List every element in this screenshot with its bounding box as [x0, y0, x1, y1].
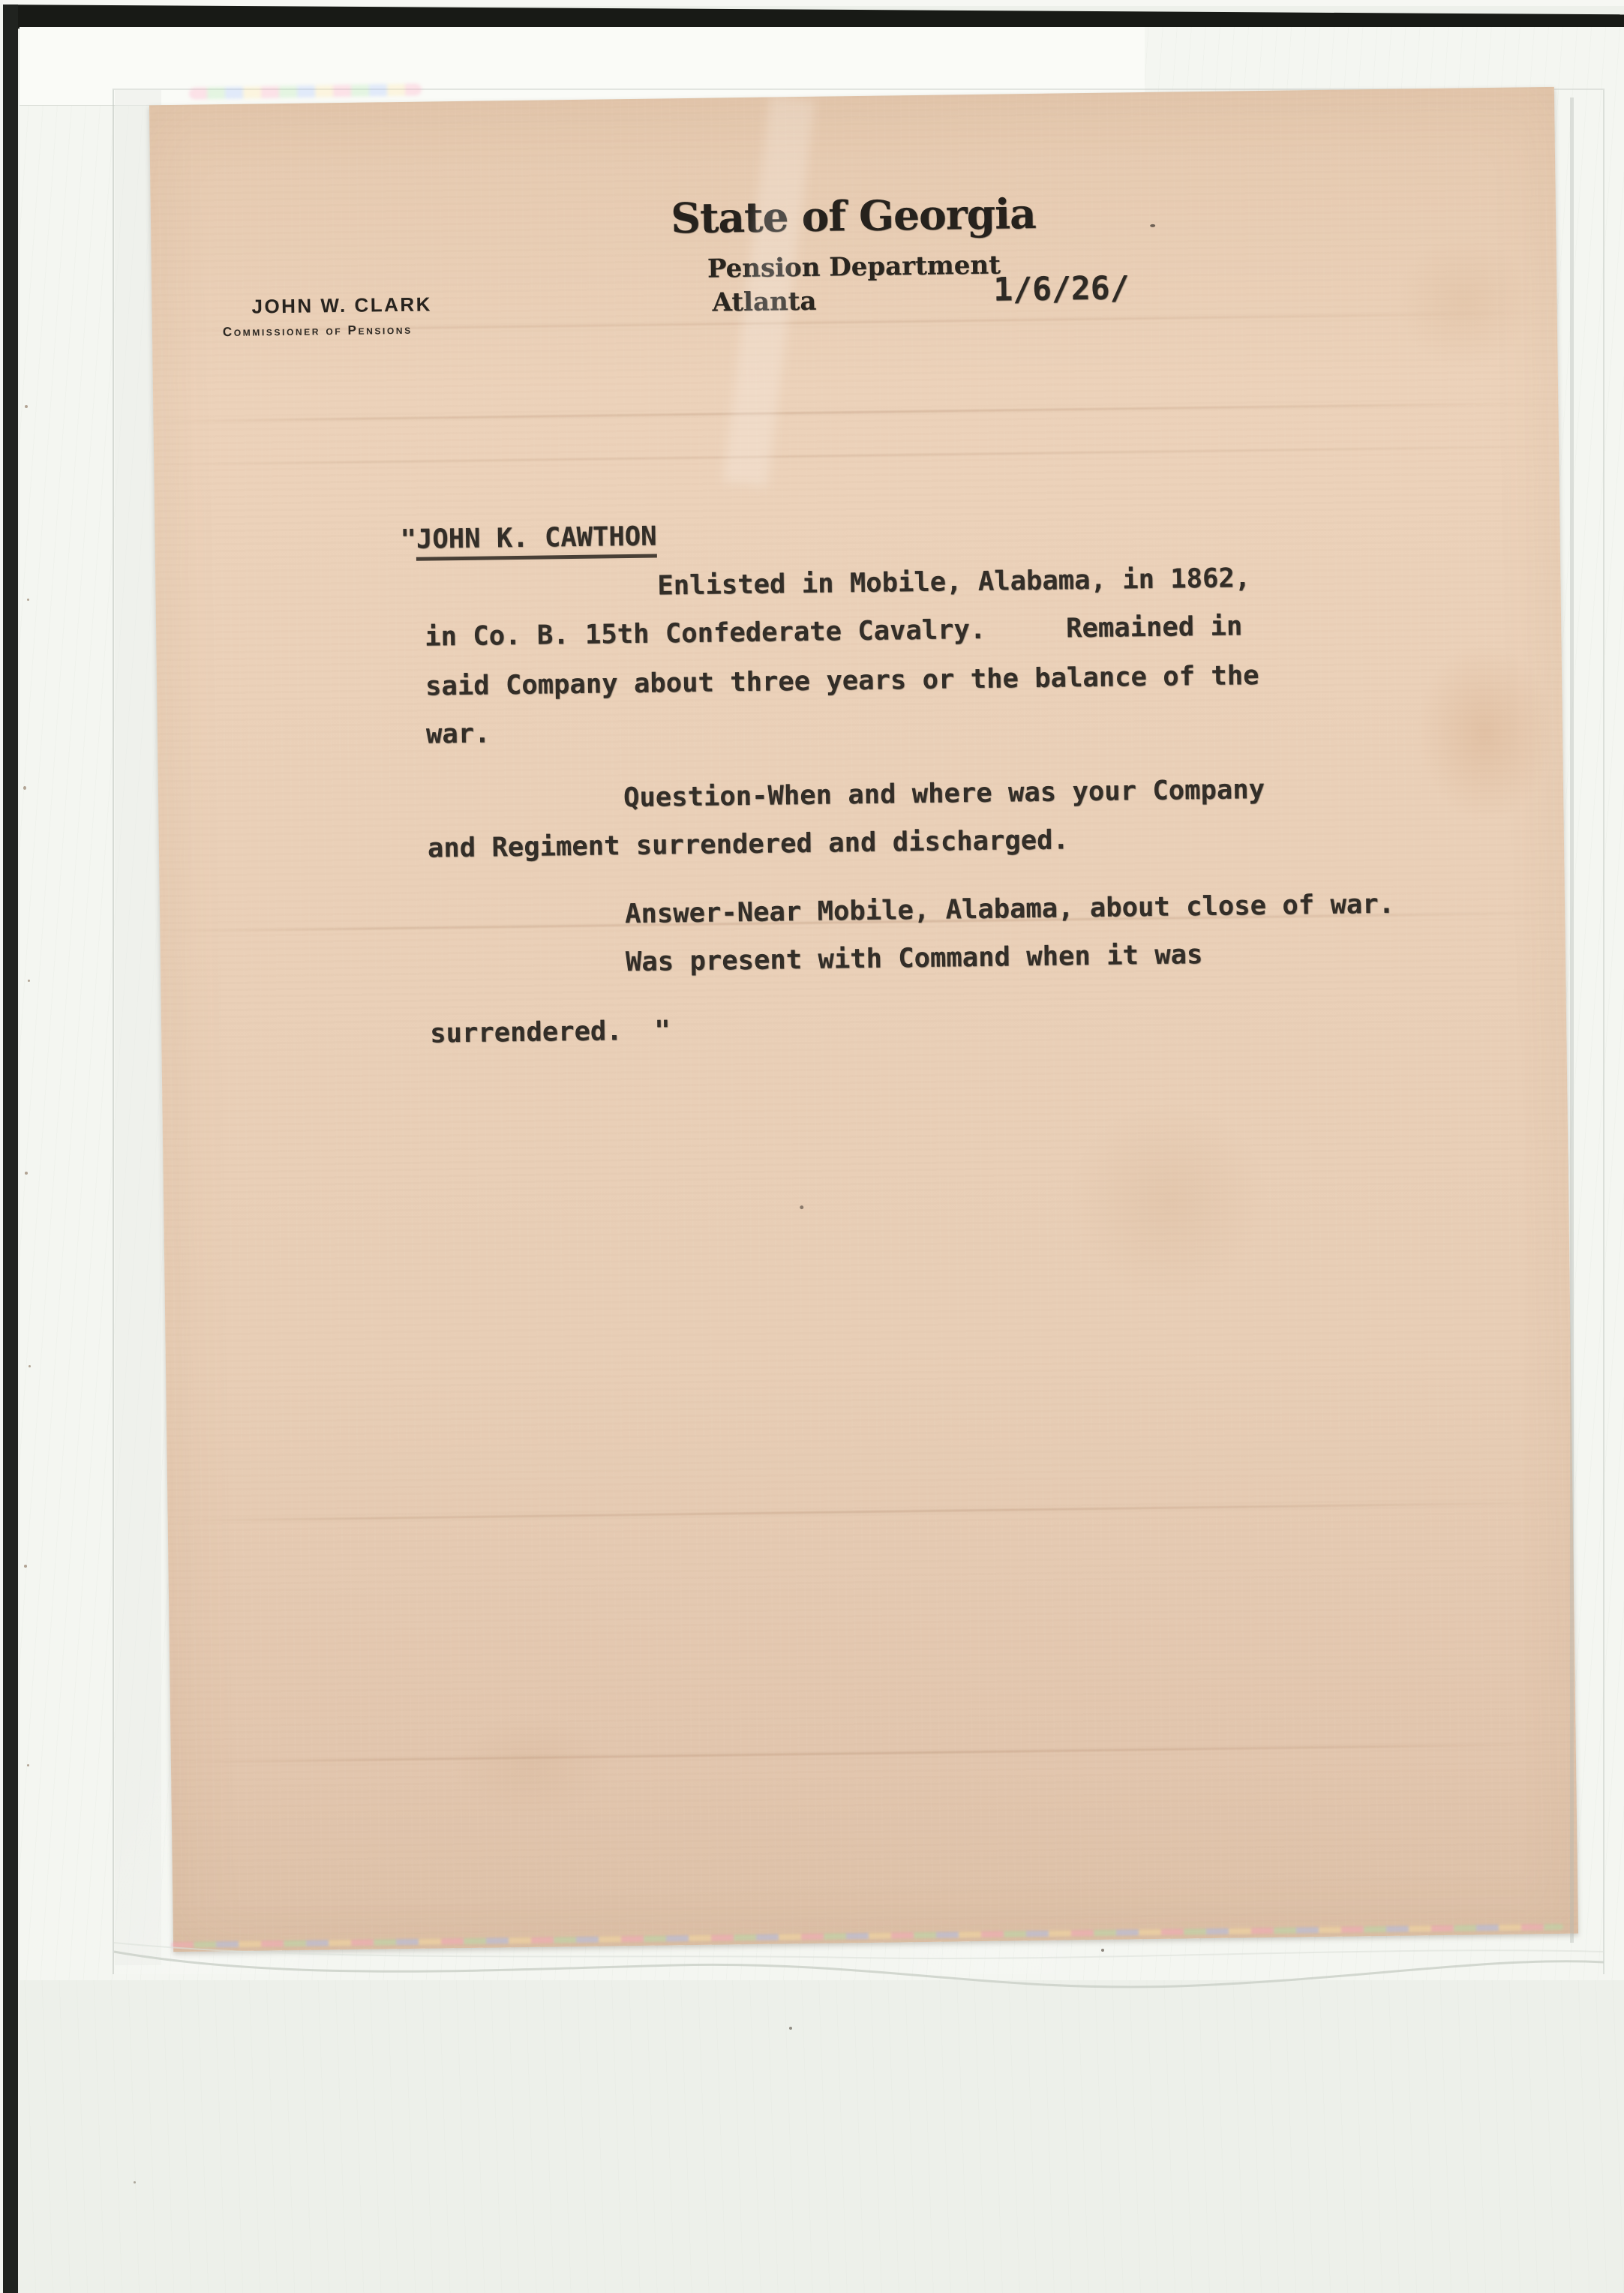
- sleeve-right-fold-shadow: [1570, 98, 1574, 1943]
- body-line: and Regiment surrendered and discharged.: [428, 827, 1069, 862]
- dust-speck: [27, 1764, 29, 1766]
- subject-name: JOHN K. CAWTHON: [416, 521, 657, 561]
- body-line-subject: "JOHN K. CAWTHON: [400, 524, 656, 554]
- scan-frame-left-edge: [3, 5, 18, 2293]
- dust-speck: [25, 1172, 28, 1175]
- ink-speck: [800, 1205, 803, 1209]
- dust-speck: [789, 2027, 792, 2030]
- typed-date: 1/6/26/: [993, 272, 1130, 306]
- dust-speck: [27, 599, 29, 601]
- dust-speck: [24, 1565, 27, 1568]
- dust-speck: [25, 405, 28, 408]
- dust-speck: [1101, 1949, 1104, 1952]
- letter-paper: State of Georgia Pension Department Atla…: [149, 87, 1578, 1952]
- scanner-bed-lower-area: [18, 1980, 1624, 2293]
- body-line: war.: [426, 720, 491, 748]
- commissioner-name: JOHN W. CLARK: [251, 294, 432, 316]
- dust-speck: [23, 786, 26, 790]
- dust-speck: [134, 2181, 136, 2183]
- dust-speck: [29, 1365, 31, 1367]
- body-line: Enlisted in Mobile, Alabama, in 1862,: [657, 565, 1250, 599]
- sleeve-bottom-wavy-edge: [105, 1920, 1613, 2006]
- body-line: Was present with Command when it was: [626, 941, 1203, 976]
- paper-texture: [149, 87, 1578, 1952]
- open-quote: ": [400, 524, 416, 555]
- scanned-document-page: State of Georgia Pension Department Atla…: [0, 0, 1624, 2293]
- scan-top-margin: [0, 0, 1624, 6]
- dust-speck: [28, 980, 30, 982]
- body-line: surrendered. ": [430, 1017, 671, 1047]
- commissioner-title: Commissioner of Pensions: [223, 323, 413, 338]
